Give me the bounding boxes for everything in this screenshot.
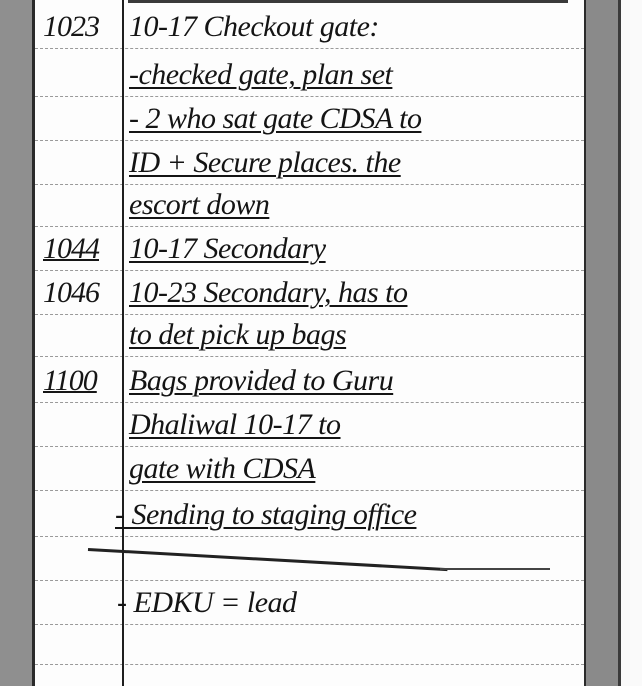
ruled-line <box>35 270 584 271</box>
ruled-line <box>35 490 584 491</box>
scan-border-left <box>0 0 35 686</box>
entry-text: - Sending to staging office <box>115 498 416 532</box>
ruled-line <box>35 446 584 447</box>
log-line: ID + Secure places. the <box>35 148 584 184</box>
strike-through-line <box>440 568 550 570</box>
entry-time: 1100 <box>43 364 127 398</box>
log-line: - Sending to staging office <box>35 500 584 536</box>
entry-text: 10-17 Checkout gate: <box>129 10 379 44</box>
log-line: gate with CDSA <box>35 454 584 490</box>
ruled-line <box>35 140 584 141</box>
log-line: escort down <box>35 190 584 226</box>
entry-time: 1044 <box>43 232 127 266</box>
previous-entry-fragment <box>128 0 568 9</box>
ruled-line <box>35 184 584 185</box>
entry-text: to det pick up bags <box>129 318 346 352</box>
entry-text: 10-23 Secondary, has to <box>129 276 407 310</box>
log-line: - 2 who sat gate CDSA to <box>35 104 584 140</box>
ruled-line <box>35 664 584 665</box>
log-entry-1046: 1046 10-23 Secondary, has to <box>35 278 584 314</box>
log-line: Dhaliwal 10-17 to <box>35 410 584 446</box>
entry-text: Dhaliwal 10-17 to <box>129 408 341 442</box>
entry-time: 1046 <box>43 276 127 310</box>
log-entry-1023: 1023 10-17 Checkout gate: <box>35 12 584 48</box>
scanned-page: 1023 10-17 Checkout gate: -checked gate,… <box>0 0 642 686</box>
strike-through-line <box>88 548 448 571</box>
entry-time: 1023 <box>43 10 127 44</box>
log-entry-note: - EDKU = lead <box>35 588 584 624</box>
entry-text: ID + Secure places. the <box>129 146 401 180</box>
ruled-line <box>35 314 584 315</box>
ruled-line <box>35 48 584 49</box>
ruled-line <box>35 580 584 581</box>
ruled-line <box>35 536 584 537</box>
entry-text: -checked gate, plan set <box>129 58 392 92</box>
entry-text: gate with CDSA <box>129 452 315 486</box>
entry-text: 10-17 Secondary <box>129 232 326 266</box>
entry-text: escort down <box>129 188 269 222</box>
log-line: to det pick up bags <box>35 320 584 356</box>
scan-edge <box>621 0 642 686</box>
ruled-line <box>35 624 584 625</box>
entry-text: Bags provided to Guru <box>129 364 393 398</box>
ruled-line <box>35 402 584 403</box>
ruled-line <box>35 226 584 227</box>
log-entry-1044: 1044 10-17 Secondary <box>35 234 584 270</box>
entry-text: - 2 who sat gate CDSA to <box>129 102 421 136</box>
log-entry-1100: 1100 Bags provided to Guru <box>35 366 584 402</box>
entry-text: - EDKU = lead <box>117 586 297 620</box>
ruled-line <box>35 356 584 357</box>
scan-border-right <box>584 0 621 686</box>
ruled-line <box>35 96 584 97</box>
log-line: -checked gate, plan set <box>35 60 584 96</box>
